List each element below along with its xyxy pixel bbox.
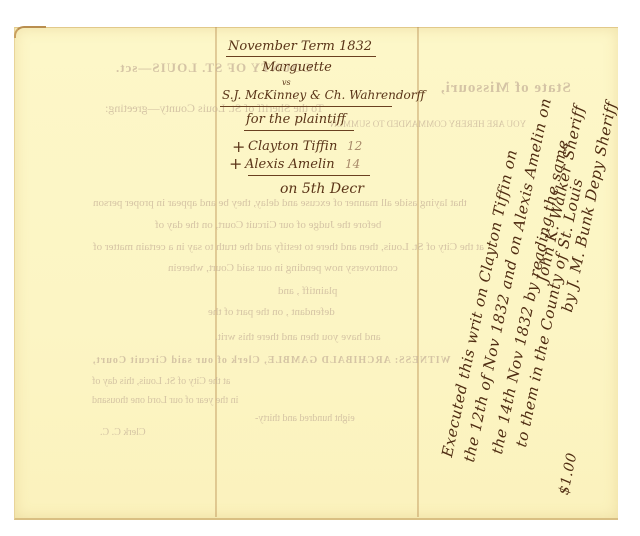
docket-defendants: S.J. McKinney & Ch. Wahrendorff <box>222 88 425 102</box>
bleed-commanded: YOU ARE HEREBY COMMANDED TO SUMMON <box>330 119 526 129</box>
bleed-line-4: controversy now pending in our said Cour… <box>168 262 398 274</box>
bleed-line-1: that laying aside all manner of excuse a… <box>93 197 467 209</box>
witness-underline <box>248 175 370 176</box>
bleed-line-12: Clerk C. C. <box>100 427 146 438</box>
bleed-state: State of Missouri, <box>440 80 571 97</box>
bleed-line-5: plaintiff , and <box>278 285 337 297</box>
docket-plaintiff: Marguette <box>262 60 332 75</box>
bleed-line-3: at the City of St. Louis, then and there… <box>93 241 484 253</box>
docket-versus: vs <box>282 78 291 87</box>
witness-mark-2: + <box>229 154 242 173</box>
docket-return-date: on 5th Decr <box>280 181 364 197</box>
page-corner-crease <box>14 26 46 38</box>
witness-number-2: 14 <box>345 157 360 171</box>
bleed-line-11: eight hundred and thirty- <box>255 413 355 424</box>
bleed-line-7: and have you then and there this writ. <box>215 331 381 343</box>
bleed-line-9: at the City of St. Louis, this day of <box>92 376 230 387</box>
witness-number-1: 12 <box>347 139 362 153</box>
docket-term: November Term 1832 <box>228 39 372 54</box>
witness-name-1: Clayton Tiffin <box>248 139 337 154</box>
witness-name-2: Alexis Amelin <box>245 157 335 172</box>
bleed-line-8: WITNESS: ARCHIBALD GAMBLE, Clerk of our … <box>92 355 451 366</box>
bleed-line-6: defendant , on the part of the <box>208 306 335 318</box>
docket-for-party-underline <box>244 130 354 131</box>
bleed-line-2: before the Judge of our Circuit Court, o… <box>155 219 381 231</box>
docket-defendants-underline <box>220 106 392 107</box>
bleed-line-10: in the year of our Lord one thousand <box>92 395 238 406</box>
docket-term-underline <box>226 56 376 57</box>
docket-for-party: for the plaintiff <box>246 112 346 127</box>
